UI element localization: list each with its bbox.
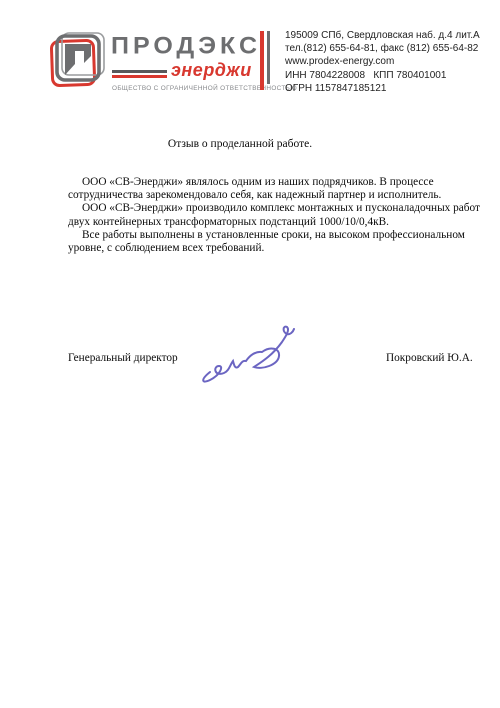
contact-phone-fax: тел.(812) 655-64-81, факс (812) 655-64-8… xyxy=(285,42,480,55)
body-line: Все работы выполнены в установленные сро… xyxy=(68,229,468,242)
contact-block: 195009 СПб, Свердловская наб. д.4 лит.А … xyxy=(285,29,480,95)
signatory-role-label: Генеральный директор xyxy=(68,352,178,364)
contact-website: www.prodex-energy.com xyxy=(285,55,480,68)
handwritten-signature-icon xyxy=(196,320,296,393)
brand-name: ПРОДЭКС xyxy=(111,33,261,58)
body-line: ООО «СВ-Энерджи» производило комплекс мо… xyxy=(68,202,468,215)
header-divider-red-bar xyxy=(260,31,264,90)
letter-page: ПРОДЭКС энерджи ОБЩЕСТВО С ОГРАНИЧЕННОЙ … xyxy=(0,0,500,708)
brand-sub-name: энерджи xyxy=(171,60,252,81)
document-body: ООО «СВ-Энерджи» являлось одним из наших… xyxy=(68,176,468,255)
brand-underline-rules xyxy=(112,70,167,78)
body-line: ООО «СВ-Энерджи» являлось одним из наших… xyxy=(68,176,468,189)
contact-inn-kpp: ИНН 7804228008 КПП 780401001 xyxy=(285,69,480,82)
legal-form-tagline: ОБЩЕСТВО С ОГРАНИЧЕННОЙ ОТВЕТСТВЕННОСТЬЮ xyxy=(112,85,297,92)
signatory-name-label: Покровский Ю.А. xyxy=(386,352,473,364)
document-title: Отзыв о проделанной работе. xyxy=(0,138,480,150)
prodex-logo-icon xyxy=(48,28,112,113)
contact-address: 195009 СПб, Свердловская наб. д.4 лит.А xyxy=(285,29,480,42)
header-divider-gray-bar xyxy=(267,31,271,84)
body-line: сотрудничества зарекомендовало себя, как… xyxy=(68,189,468,202)
body-line: уровне, с соблюдением всех требований. xyxy=(68,242,468,255)
contact-ogrn: ОГРН 1157847185121 xyxy=(285,82,480,95)
body-line: двух контейнерных трансформаторных подст… xyxy=(68,216,468,229)
